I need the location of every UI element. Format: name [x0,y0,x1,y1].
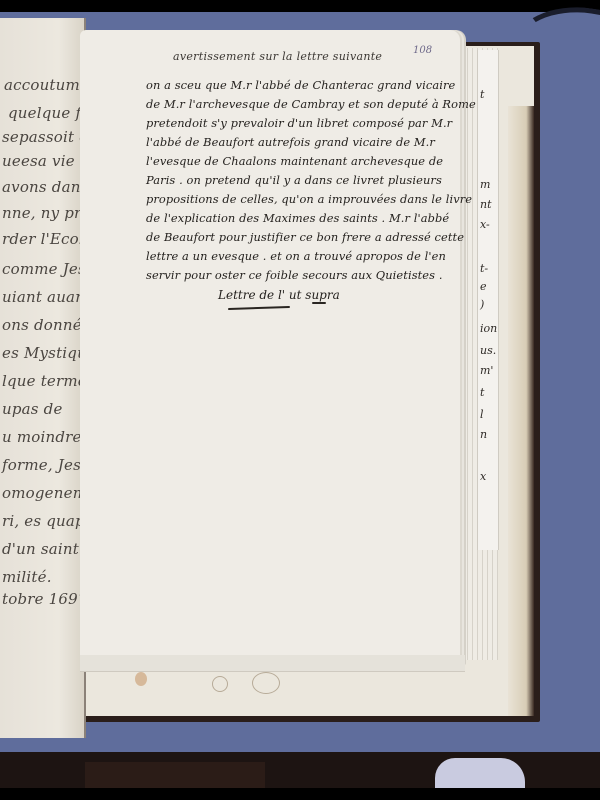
page-heading: avertissement sur la lettre suivante [173,50,382,63]
manuscript-line: l'abbé de Beaufort autrefois grand vicai… [146,135,435,149]
manuscript-line: de M.r l'archevesque de Cambray et son d… [146,97,476,111]
left-page-line: upas de [2,400,63,418]
paper-damage [252,672,280,694]
strip-letter: x [480,470,486,483]
letter-caption: Lettre de l' ut supra [218,288,340,302]
manuscript-line: l'evesque de Chaalons maintenant archeve… [146,154,443,168]
strip-letter: nt [480,198,492,211]
manuscript-line: pretendoit s'y prevaloir d'un libret com… [146,116,452,130]
bottom-black-band [0,788,600,800]
manuscript-line: servir pour oster ce foible secours aux … [146,268,443,282]
strip-letter: us. [480,344,496,357]
paper-damage [212,676,228,692]
left-page-line: uiant auant [2,288,91,306]
manuscript-line: on a sceu que M.r l'abbé de Chanterac gr… [146,78,455,92]
floor [85,762,265,788]
board-edge-stain [508,106,534,716]
left-page-line: d'un saint [2,540,79,558]
left-page-line: tobre 1697 [2,590,88,608]
strip-letter: l [480,408,484,421]
paper-damage [135,672,147,686]
strip-letter: t- [480,262,488,275]
strip-letter: ) [480,298,484,311]
strip-letter: e [480,280,487,293]
manuscript-line: propositions de celles, qu'on a improuvé… [146,192,472,206]
left-page-line: u moindre [2,428,82,446]
manuscript-line: de l'explication des Maximes des saints … [146,211,449,225]
strip-letter: m' [480,364,493,377]
strip-letter: t [480,88,484,101]
strip-letter: t [480,386,484,399]
left-page: accoutumé aux quelque fois sepassoit en … [0,18,86,738]
left-page-line: lque terme [2,372,87,390]
manuscript-line: lettre a un evesque . et on a trouvé apr… [146,249,446,263]
caption-underline [312,302,326,304]
strip-letter: x- [480,218,490,231]
top-black-band [0,0,600,12]
strip-letter: n [480,428,487,441]
left-page-line: ons donnés [2,316,90,334]
strip-letter: ion [480,322,497,335]
manuscript-line: de Beaufort pour justifier ce bon frere … [146,230,464,244]
manuscript-line: Paris . on pretend qu'il y a dans ce liv… [146,173,442,187]
folio-number: 108 [413,45,432,56]
left-page-line: milité. [2,568,52,586]
page-fold [80,655,465,672]
strip-letter: m [480,178,490,191]
white-cloth [435,758,525,788]
